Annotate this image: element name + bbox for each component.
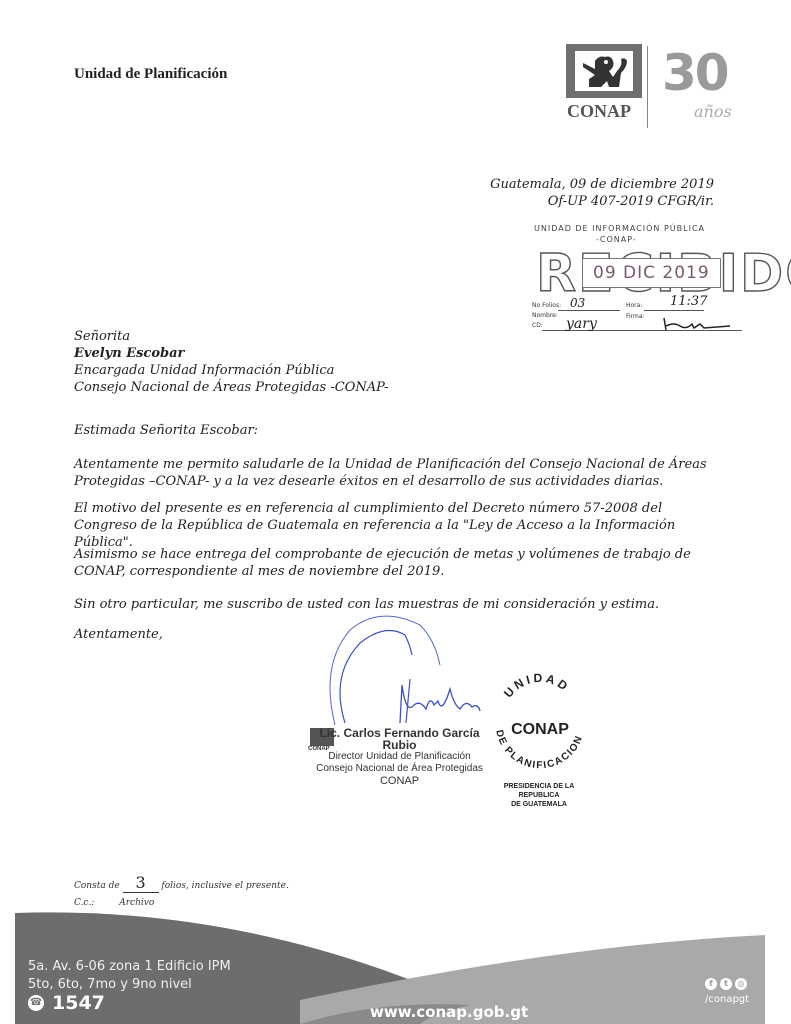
handwritten-signature	[310, 605, 500, 735]
twitter-icon[interactable]: t	[720, 978, 732, 990]
anniversary-suffix: años	[694, 102, 732, 121]
unit-title: Unidad de Planificación	[74, 66, 227, 83]
stamp-nombre-label: Nombre:	[532, 312, 558, 319]
reference-number: Of-UP 407-2019 CFGR/ir.	[490, 193, 714, 210]
signer-organization: Consejo Nacional de Área Protegidas	[312, 763, 487, 775]
folios-suffix: folios, inclusive el presente.	[161, 881, 288, 891]
instagram-icon[interactable]: ◎	[735, 978, 747, 990]
seal-circle-text: UNIDAD DE PLANIFICACION CONAP	[484, 670, 594, 780]
signer-title: Director Unidad de Planificación	[312, 751, 487, 763]
folios-note: Consta de 3 folios, inclusive el present…	[74, 873, 289, 893]
recipient-position: Encargada Unidad Información Pública	[74, 362, 389, 379]
planning-unit-seal: UNIDAD DE PLANIFICACION CONAP PRESIDENCI…	[484, 670, 594, 800]
greeting: Estimada Señorita Escobar:	[74, 422, 724, 439]
stamp-line	[558, 310, 620, 311]
logo-divider	[647, 46, 648, 128]
stamp-firma-scribble	[660, 314, 740, 334]
signature-block: Lic. Carlos Fernando García Rubio Direct…	[312, 727, 487, 787]
phone-number: 1547	[52, 992, 105, 1014]
anniversary-number: 30	[662, 44, 728, 102]
social-icons: f t ◎	[705, 978, 747, 990]
address-line1: 5a. Av. 6-06 zona 1 Edificio IPM	[28, 958, 231, 976]
social-handle: /conapgt	[705, 994, 749, 1005]
stamp-nombre-value: yary	[566, 316, 597, 332]
signer-name: Lic. Carlos Fernando García Rubio	[312, 727, 487, 751]
conap-30-logo: CONAP 30 años	[566, 44, 771, 130]
stamp-folios-value: 03	[570, 296, 585, 310]
conap-logo-frame	[566, 44, 642, 98]
facebook-icon[interactable]: f	[705, 978, 717, 990]
phone-icon: ☎	[28, 995, 44, 1011]
stamp-heading: UNIDAD DE INFORMACIÓN PÚBLICA	[534, 224, 705, 233]
stamp-folios-label: No Folios:	[532, 302, 561, 309]
stamp-hora-label: Hora:	[626, 302, 642, 309]
stamp-cd-label: CD:	[532, 322, 543, 329]
recipient-organization: Consejo Nacional de Áreas Protegidas -CO…	[74, 379, 389, 396]
folios-count: 3	[123, 873, 159, 893]
body-paragraph: Asimismo se hace entrega del comprobante…	[74, 546, 724, 580]
seal-line2: DE GUATEMALA	[484, 800, 594, 809]
recipient-name: Evelyn Escobar	[74, 345, 389, 362]
footer-phone: ☎ 1547	[28, 992, 105, 1014]
seal-line1: PRESIDENCIA DE LA REPUBLICA	[484, 782, 594, 800]
signer-org-short: CONAP	[312, 775, 487, 787]
body-paragraph: El motivo del presente es en referencia …	[74, 500, 724, 551]
monkey-icon	[575, 51, 633, 91]
footer-address: 5a. Av. 6-06 zona 1 Edificio IPM 5to, 6t…	[28, 958, 231, 994]
recipient-block: Señorita Evelyn Escobar Encargada Unidad…	[74, 328, 389, 396]
stamp-line	[644, 310, 704, 311]
received-stamp: UNIDAD DE INFORMACIÓN PÚBLICA -CONAP- RE…	[530, 222, 745, 337]
stamp-subheading: -CONAP-	[596, 235, 637, 244]
stamp-hora-value: 11:37	[670, 294, 707, 309]
svg-text:UNIDAD: UNIDAD	[501, 671, 572, 700]
folios-prefix: Consta de	[74, 881, 120, 891]
body-paragraph: Atentamente me permito saludarle de la U…	[74, 456, 724, 490]
recipient-salutation: Señorita	[74, 328, 389, 345]
svg-text:CONAP: CONAP	[511, 721, 569, 738]
place-date: Guatemala, 09 de diciembre 2019	[490, 176, 714, 193]
footer-website[interactable]: www.conap.gob.gt	[370, 1003, 528, 1021]
stamp-date: 09 DIC 2019	[582, 258, 721, 288]
date-block: Guatemala, 09 de diciembre 2019 Of-UP 40…	[490, 176, 714, 210]
stamp-firma-label: Firma:	[626, 313, 645, 320]
conap-wordmark: CONAP	[567, 101, 631, 122]
